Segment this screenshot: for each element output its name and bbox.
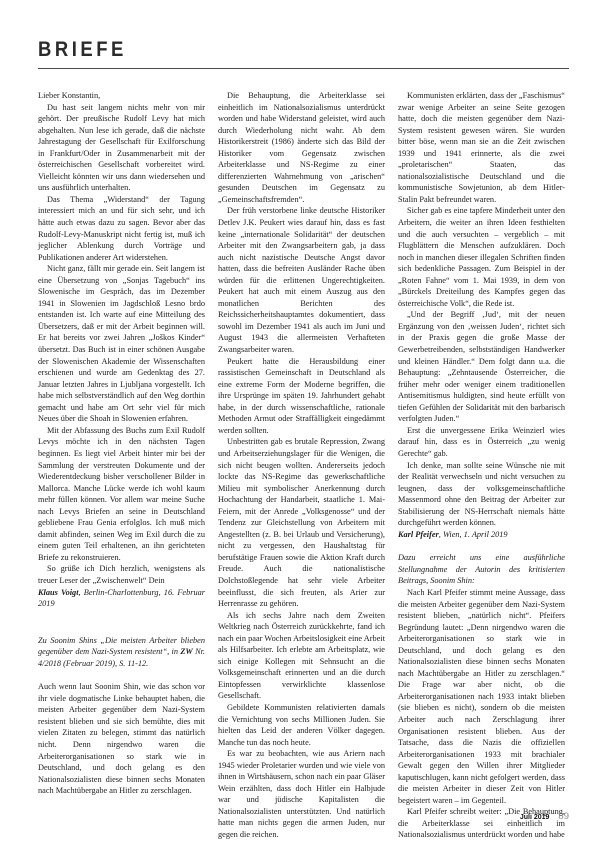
- column-3: Kommunisten erklärten, dass der „Faschis…: [398, 90, 565, 841]
- paragraph: Sicher gab es eine tapfere Minderheit un…: [398, 205, 565, 309]
- paragraph: Mit der Abfassung des Buchs zum Exil Rud…: [38, 425, 205, 564]
- signature-name: Karl Pfeifer: [398, 530, 439, 539]
- section-title: BRIEFE: [38, 36, 505, 60]
- paragraph: Unbestritten gab es brutale Repression, …: [218, 436, 385, 609]
- page-content: BRIEFE Lieber Konstantin, Du hast seit l…: [38, 36, 569, 841]
- issue-date: Juli 2019: [520, 814, 550, 821]
- paragraph: Es war zu beobachten, wie aus Ariern nac…: [218, 748, 385, 840]
- header-rule: [38, 68, 569, 69]
- paragraph: Das Thema „Widerstand“ der Tagung intere…: [38, 194, 205, 263]
- paragraph: Als ich sechs Jahre nach dem Zweiten Wel…: [218, 610, 385, 702]
- journal-abbreviation: ZW: [180, 647, 192, 656]
- magazine-page: BRIEFE Lieber Konstantin, Du hast seit l…: [0, 0, 600, 849]
- signature-name: Klaus Voigt: [38, 588, 79, 597]
- column-2: Die Behauptung, die Arbeiterklasse sei e…: [218, 90, 385, 841]
- paragraph: So grüße ich Dich herzlich, wenigstens a…: [38, 563, 205, 586]
- paragraph: Ich denke, man sollte seine Wünsche nie …: [398, 460, 565, 529]
- paragraph: Du hast seit langem nichts mehr von mir …: [38, 102, 205, 194]
- text-columns: Lieber Konstantin, Du hast seit langem n…: [38, 90, 569, 841]
- paragraph: Peukert hatte die Herausbildung einer ra…: [218, 356, 385, 437]
- paragraph: Kommunisten erklärten, dass der „Faschis…: [398, 90, 565, 205]
- paragraph: Gebildete Kommunisten relativierten dama…: [218, 702, 385, 748]
- salutation: Lieber Konstantin,: [38, 90, 205, 102]
- page-footer: Juli 2019 89: [520, 811, 569, 822]
- paragraph: Nicht ganz, fällt mir gerade ein. Seit l…: [38, 263, 205, 425]
- letter-signature: Klaus Voigt, Berlin-Charlottenburg, 16. …: [38, 587, 205, 610]
- editorial-note: Dazu erreicht uns eine ausführliche Stel…: [398, 552, 565, 587]
- editorial-reference: Zu Soonim Shins „Die meisten Arbeiter bl…: [38, 635, 205, 670]
- paragraph: Auch wenn laut Soonim Shin, wie das scho…: [38, 681, 205, 796]
- paragraph: Erst die unvergessene Erika Weinzierl wi…: [398, 425, 565, 460]
- paragraph: „Und der Begriff ‚Jud‘, mit der neuen Er…: [398, 309, 565, 424]
- page-number: 89: [558, 811, 569, 822]
- paragraph: Die Behauptung, die Arbeiterklasse sei e…: [218, 90, 385, 205]
- column-1: Lieber Konstantin, Du hast seit langem n…: [38, 90, 205, 841]
- signature-place-date: , Wien, 1. April 2019: [439, 530, 508, 539]
- paragraph: Nach Karl Pfeifer stimmt meine Aussage, …: [398, 587, 565, 806]
- letter-signature: Karl Pfeifer, Wien, 1. April 2019: [398, 529, 565, 541]
- paragraph: Der früh verstorbene linke deutsche Hist…: [218, 205, 385, 355]
